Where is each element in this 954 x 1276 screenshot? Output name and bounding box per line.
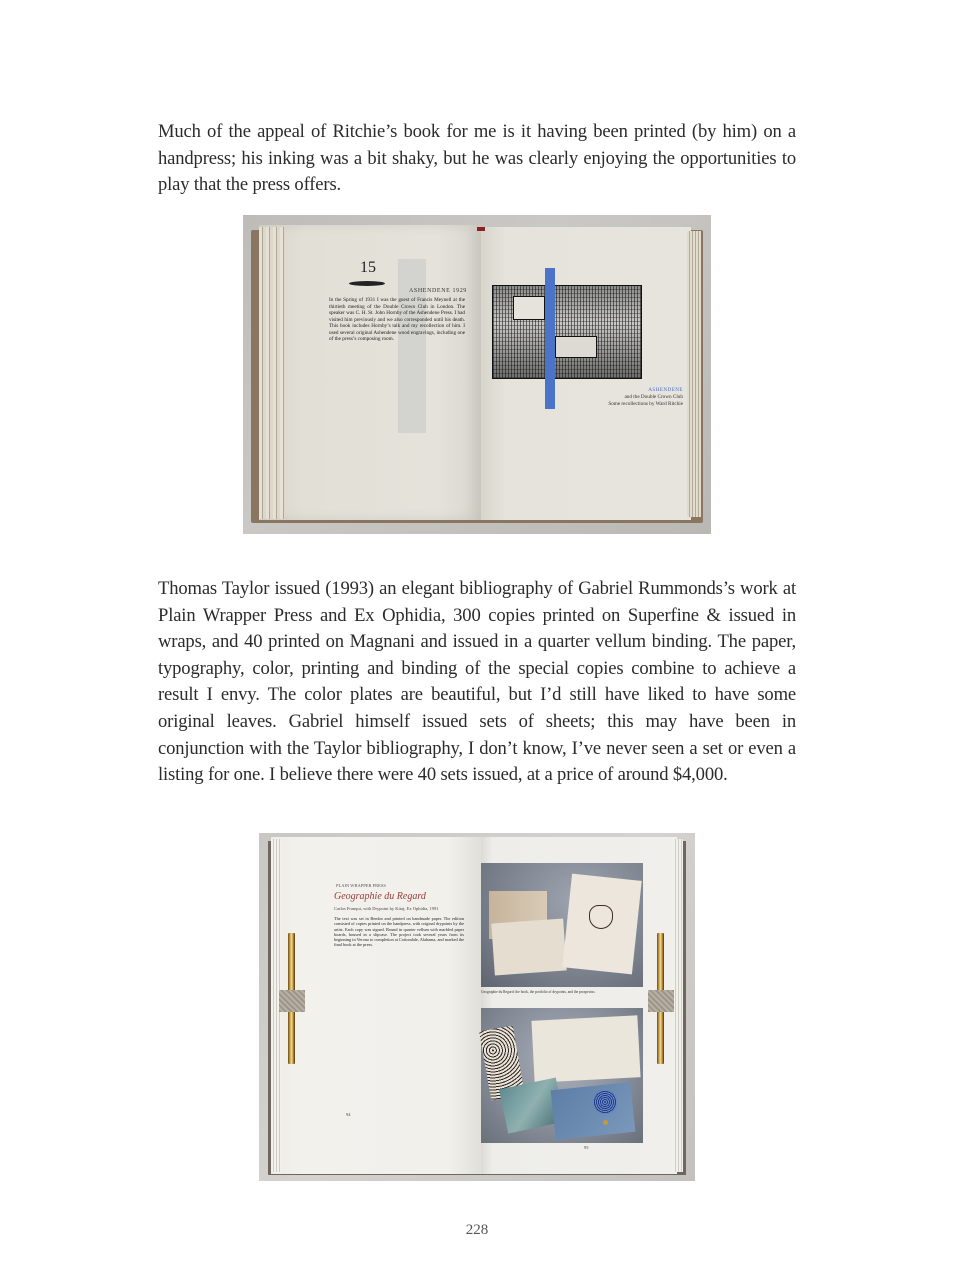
- right-page-edge: [673, 839, 683, 1172]
- paragraph-taylor: Thomas Taylor issued (1993) an elegant b…: [158, 576, 796, 789]
- paragraph-ritchie: Much of the appeal of Ritchie’s book for…: [158, 119, 796, 199]
- caption-line-1: ASHENDENE: [608, 387, 683, 394]
- tree-illustration-icon: [593, 1090, 617, 1114]
- folio-left: 94: [346, 1112, 351, 1117]
- photo-taylor-bibliography: PLAIN WRAPPER PRESS Geographie du Regard…: [259, 833, 695, 1181]
- fabric-strap-right: [648, 990, 674, 1012]
- show-through-ghost: [398, 259, 426, 433]
- plate-open-book: [531, 1015, 640, 1082]
- engraving-press: [555, 336, 597, 358]
- running-head: PLAIN WRAPPER PRESS: [336, 883, 386, 888]
- plate-1-caption: Geographie du Regard: the book, the port…: [481, 990, 643, 994]
- chapter-text: In the Spring of 1931 I was the guest of…: [329, 297, 465, 343]
- right-page-edge: [687, 231, 701, 517]
- deckle-edge: [259, 227, 285, 519]
- caption-line-3: Some recollections by Ward Ritchie: [608, 401, 683, 408]
- entry-title: Geographie du Regard: [334, 891, 426, 902]
- plate-book: [491, 919, 566, 976]
- caption-line-2: and the Double Crown Club: [608, 394, 683, 401]
- spine-headband: [477, 227, 485, 231]
- photo-ritchie-book: 15 ASHENDENE 1929 In the Spring of 1931 …: [243, 215, 711, 534]
- folio-right: 95: [584, 1145, 589, 1150]
- chapter-title: ASHENDENE 1929: [409, 288, 467, 294]
- engraving-caption: ASHENDENE and the Double Crown Club Some…: [608, 387, 683, 408]
- wood-engraving: [492, 285, 642, 379]
- entry-subtitle: Carlos Franqui, with Drypoint by Kitaj; …: [334, 906, 439, 911]
- fish-ornament-icon: [349, 281, 385, 286]
- face-drawing-icon: [589, 905, 613, 929]
- entry-text: The text was set in Bembo and printed on…: [334, 916, 464, 948]
- gold-stamp-icon: [603, 1120, 608, 1125]
- plate-blue-sheet: [551, 1082, 636, 1140]
- fabric-strap-left: [279, 990, 305, 1012]
- chapter-number: 15: [360, 259, 376, 277]
- engraving-window: [513, 296, 545, 320]
- color-plate-2: [481, 1008, 643, 1143]
- blue-bar: [545, 268, 555, 409]
- page-number: 228: [0, 1222, 954, 1239]
- color-plate-1: [481, 863, 643, 987]
